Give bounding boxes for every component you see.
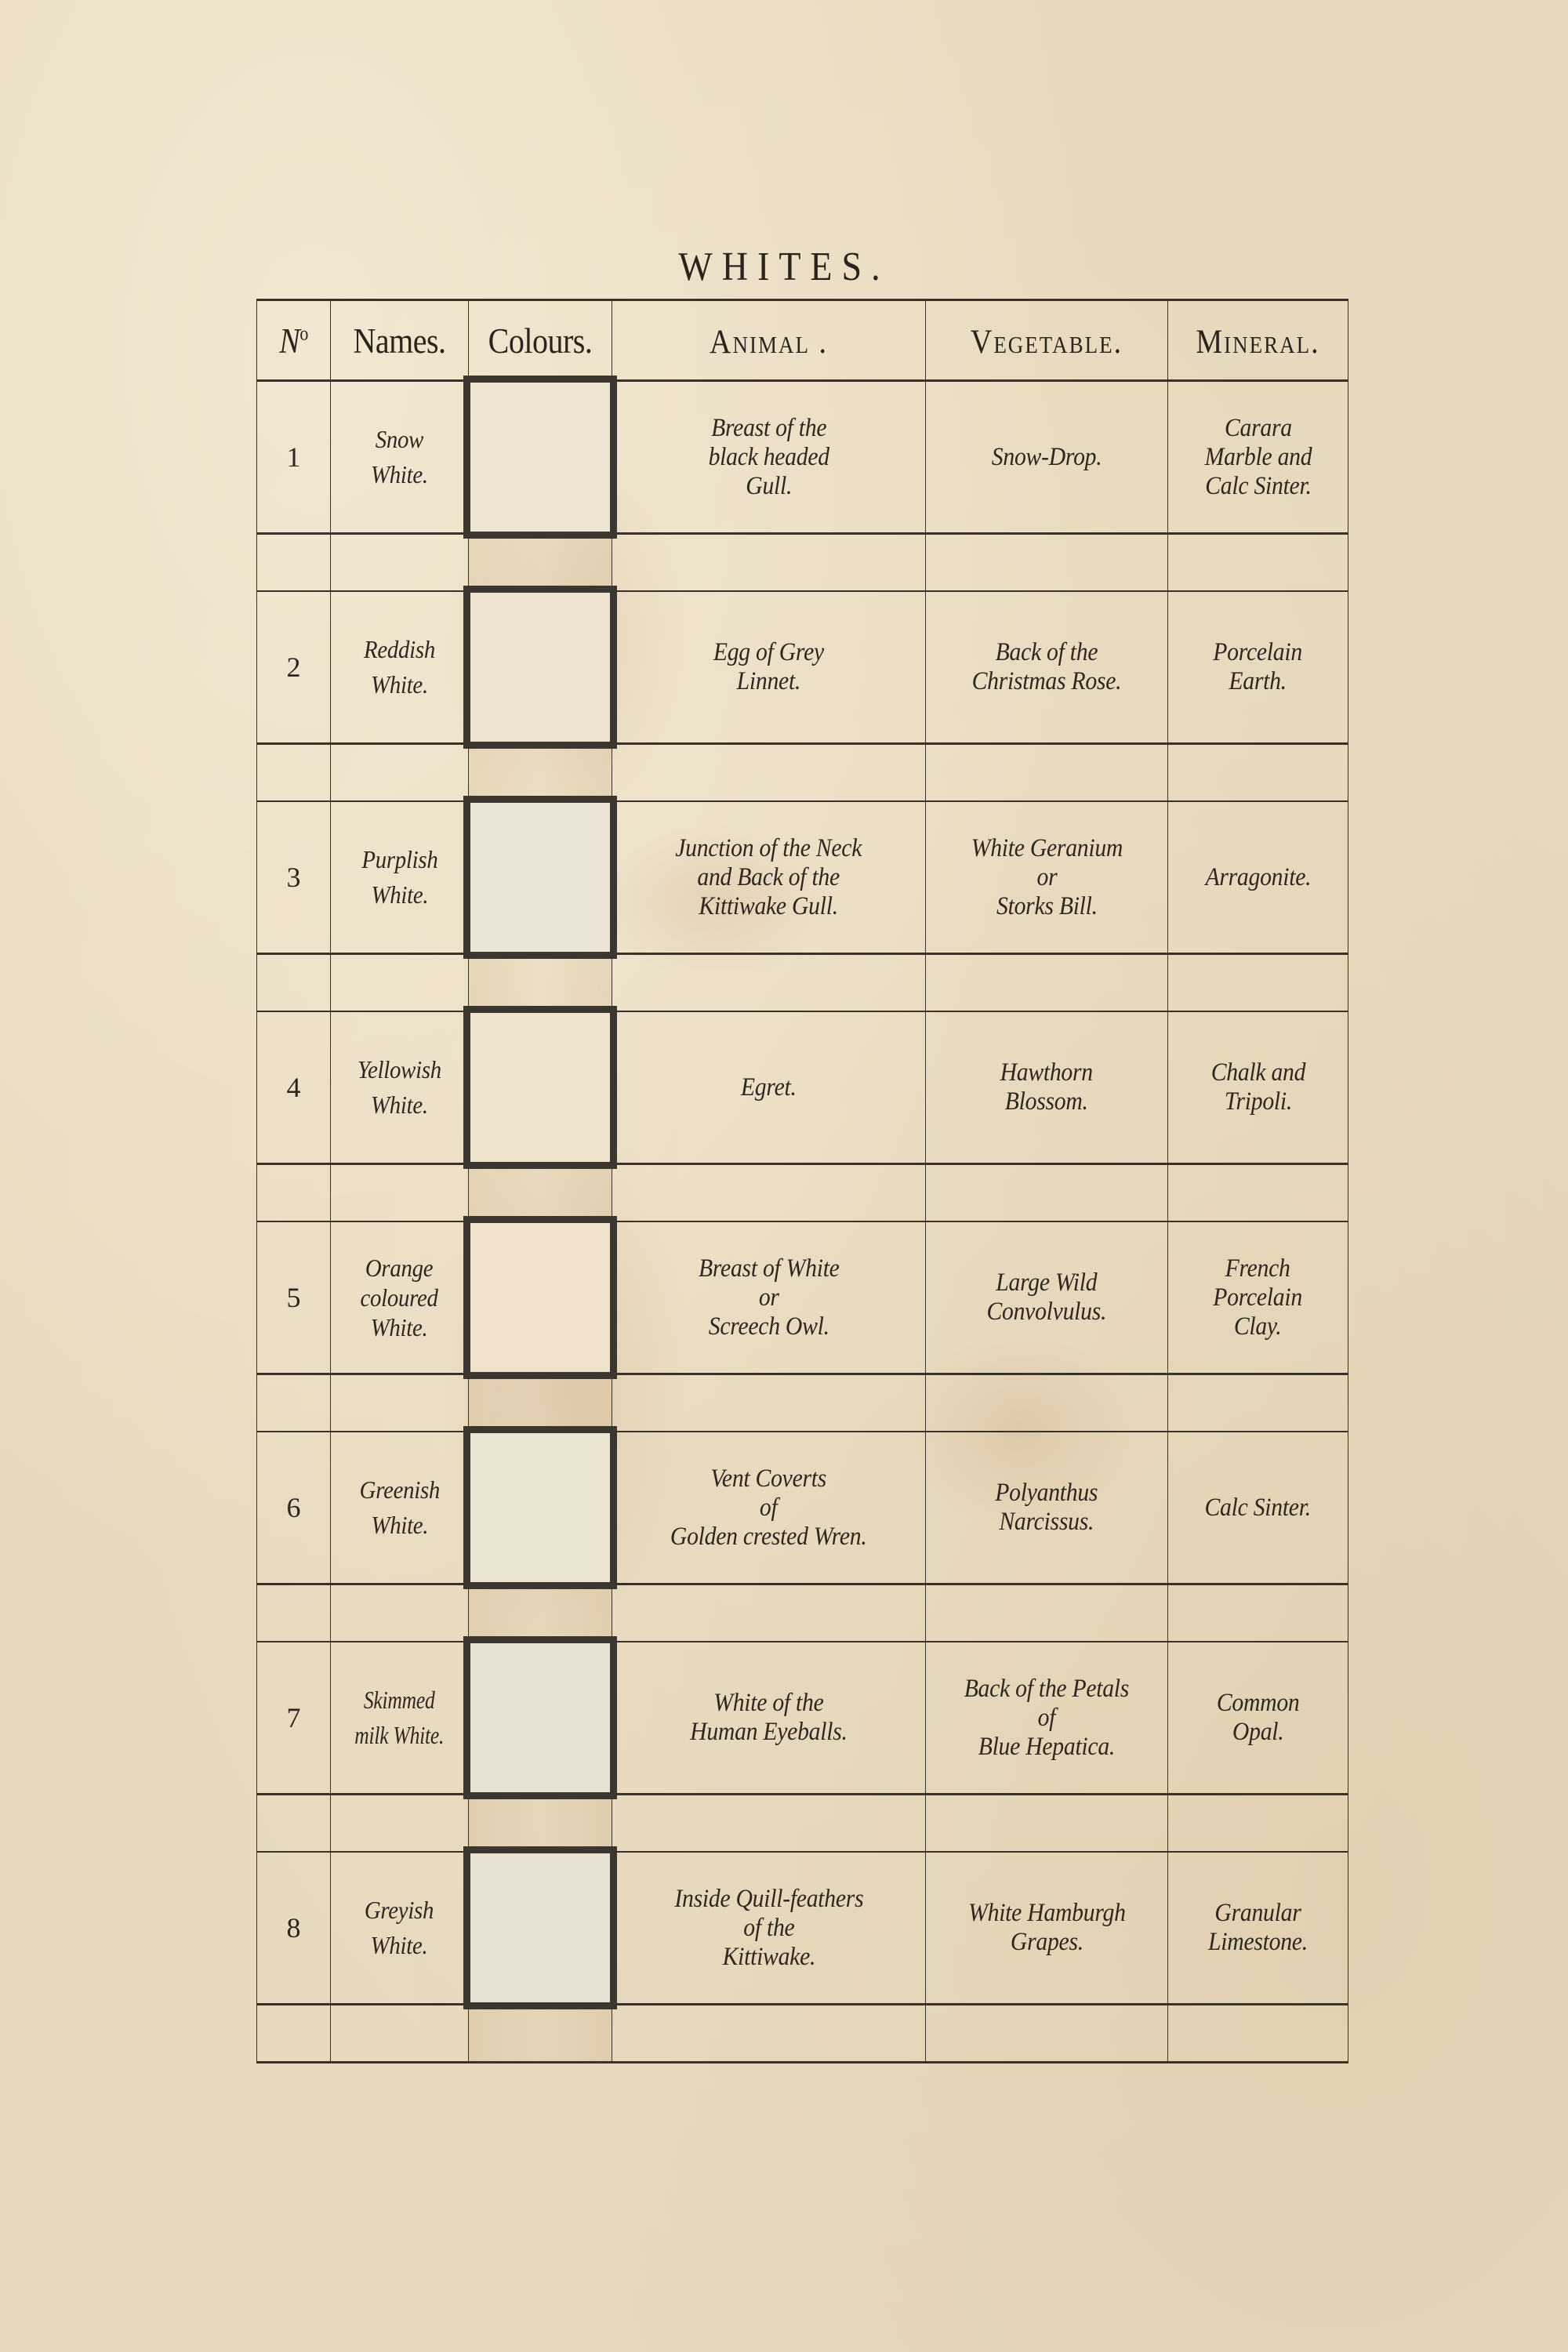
animal-cell: Breast of the black headed Gull. (612, 381, 926, 534)
colour-swatch (463, 1216, 617, 1379)
colour-name: Reddish White. (364, 632, 435, 702)
name-cell: Purplish White. (331, 801, 469, 954)
name-cell: Reddish White. (331, 591, 469, 744)
vegetable-example: Polyanthus Narcissus. (996, 1479, 1098, 1537)
vegetable-example: Hawthorn Blossom. (1000, 1058, 1093, 1116)
name-cell: Skimmed milk White. (331, 1642, 469, 1795)
row-number: 4 (287, 1072, 301, 1103)
table-row: 7 Skimmed milk White. White of the Human… (257, 1642, 1348, 1795)
mineral-cell: Chalk and Tripoli. (1168, 1011, 1348, 1164)
header-colours-label: Colours. (488, 319, 593, 361)
mineral-cell: Calc Sinter. (1168, 1432, 1348, 1584)
header-animal-label: Animal . (710, 321, 828, 361)
row-number: 3 (287, 862, 301, 893)
vegetable-cell: White Geranium or Storks Bill. (926, 801, 1168, 954)
vegetable-example: White Geranium or Storks Bill. (971, 834, 1122, 921)
spacer-row (257, 954, 1348, 1012)
table-row: 5 Orange coloured White. Breast of White… (257, 1221, 1348, 1374)
animal-example: Inside Quill-feathers of the Kittiwake. (674, 1885, 863, 1972)
vegetable-cell: Hawthorn Blossom. (926, 1011, 1168, 1164)
mineral-cell: Granular Limestone. (1168, 1852, 1348, 2005)
animal-cell: Egg of Grey Linnet. (612, 591, 926, 744)
swatch-cell (469, 1221, 612, 1374)
row-number-cell: 5 (257, 1221, 331, 1374)
mineral-example: Porcelain Earth. (1214, 638, 1303, 696)
swatch-cell (469, 801, 612, 954)
plate-title: WHITES. (0, 243, 1568, 289)
colour-swatch (463, 1426, 617, 1589)
vegetable-example: Back of the Christmas Rose. (972, 638, 1122, 696)
swatch-cell (469, 1011, 612, 1164)
header-mineral: Mineral. (1168, 300, 1348, 381)
row-number-cell: 1 (257, 381, 331, 534)
colour-name: Snow White. (371, 422, 428, 492)
header-number-sup: o (299, 321, 308, 344)
table-row: 6 Greenish White. Vent Coverts of Golden… (257, 1432, 1348, 1584)
colour-swatch (463, 586, 617, 749)
row-number-cell: 3 (257, 801, 331, 954)
spacer-row (257, 1374, 1348, 1432)
row-number: 8 (287, 1912, 301, 1944)
header-animal: Animal . (612, 300, 926, 381)
colour-name: Skimmed milk White. (355, 1682, 445, 1753)
vegetable-example: Back of the Petals of Blue Hepatica. (964, 1675, 1129, 1762)
header-row: No Names. Colours. Animal . Vegetable. M… (257, 300, 1348, 381)
mineral-cell: Common Opal. (1168, 1642, 1348, 1795)
animal-example: Breast of White or Screech Owl. (699, 1254, 840, 1341)
row-number: 5 (287, 1282, 301, 1313)
colour-swatch (463, 1846, 617, 2009)
header-number: No (257, 300, 331, 381)
swatch-cell (469, 1642, 612, 1795)
row-number-cell: 2 (257, 591, 331, 744)
mineral-example: Arragonite. (1205, 863, 1311, 892)
animal-example: Breast of the black headed Gull. (708, 414, 829, 501)
animal-cell: Inside Quill-feathers of the Kittiwake. (612, 1852, 926, 2005)
header-colours: Colours. (469, 300, 612, 381)
swatch-cell (469, 591, 612, 744)
colour-name: Yellowish White. (358, 1052, 441, 1123)
table-row: 1 Snow White. Breast of the black headed… (257, 381, 1348, 534)
name-cell: Orange coloured White. (331, 1221, 469, 1374)
animal-example: White of the Human Eyeballs. (690, 1689, 848, 1747)
header-number-label: N (279, 320, 299, 361)
spacer-row (257, 1164, 1348, 1222)
spacer-row (257, 534, 1348, 592)
vegetable-example: White Hamburgh Grapes. (968, 1899, 1126, 1957)
spacer-row (257, 2005, 1348, 2063)
mineral-example: Common Opal. (1217, 1689, 1300, 1747)
header-vegetable-label: Vegetable. (971, 321, 1123, 361)
mineral-cell: French Porcelain Clay. (1168, 1221, 1348, 1374)
name-cell: Greyish White. (331, 1852, 469, 2005)
animal-cell: Egret. (612, 1011, 926, 1164)
swatch-cell (469, 381, 612, 534)
animal-example: Vent Coverts of Golden crested Wren. (670, 1465, 867, 1552)
colour-swatch (463, 796, 617, 959)
mineral-example: French Porcelain Clay. (1214, 1254, 1303, 1341)
table-row: 2 Reddish White. Egg of Grey Linnet. Bac… (257, 591, 1348, 744)
table-row: 3 Purplish White. Junction of the Neck a… (257, 801, 1348, 954)
row-number: 1 (287, 441, 301, 473)
animal-cell: Vent Coverts of Golden crested Wren. (612, 1432, 926, 1584)
colour-name: Purplish White. (361, 842, 437, 913)
colour-swatch (463, 1006, 617, 1169)
vegetable-cell: Polyanthus Narcissus. (926, 1432, 1168, 1584)
colour-nomenclature-table: No Names. Colours. Animal . Vegetable. M… (256, 299, 1348, 2063)
colour-name: Greenish White. (359, 1472, 439, 1543)
vegetable-example: Snow-Drop. (992, 443, 1102, 472)
mineral-cell: Carara Marble and Calc Sinter. (1168, 381, 1348, 534)
animal-cell: Junction of the Neck and Back of the Kit… (612, 801, 926, 954)
vegetable-example: Large Wild Convolvulus. (987, 1269, 1107, 1327)
colour-name: Greyish White. (365, 1893, 434, 1963)
table-body: 1 Snow White. Breast of the black headed… (257, 381, 1348, 2063)
header-vegetable: Vegetable. (926, 300, 1168, 381)
animal-example: Junction of the Neck and Back of the Kit… (676, 834, 862, 921)
row-number: 6 (287, 1492, 301, 1523)
animal-example: Egg of Grey Linnet. (713, 638, 824, 696)
animal-cell: Breast of White or Screech Owl. (612, 1221, 926, 1374)
colour-name: Orange coloured White. (361, 1253, 438, 1342)
spacer-row (257, 744, 1348, 802)
row-number-cell: 6 (257, 1432, 331, 1584)
animal-example: Egret. (741, 1073, 797, 1102)
header-names-label: Names. (353, 319, 445, 361)
swatch-cell (469, 1852, 612, 2005)
vegetable-cell: Back of the Petals of Blue Hepatica. (926, 1642, 1168, 1795)
mineral-example: Chalk and Tripoli. (1210, 1058, 1305, 1116)
animal-cell: White of the Human Eyeballs. (612, 1642, 926, 1795)
vegetable-cell: Snow-Drop. (926, 381, 1168, 534)
mineral-example: Granular Limestone. (1208, 1899, 1308, 1957)
vegetable-cell: White Hamburgh Grapes. (926, 1852, 1168, 2005)
row-number-cell: 4 (257, 1011, 331, 1164)
mineral-example: Calc Sinter. (1205, 1494, 1311, 1523)
row-number-cell: 8 (257, 1852, 331, 2005)
row-number-cell: 7 (257, 1642, 331, 1795)
name-cell: Greenish White. (331, 1432, 469, 1584)
name-cell: Yellowish White. (331, 1011, 469, 1164)
colour-swatch (463, 1636, 617, 1799)
table-row: 8 Greyish White. Inside Quill-feathers o… (257, 1852, 1348, 2005)
vegetable-cell: Large Wild Convolvulus. (926, 1221, 1168, 1374)
colour-table: No Names. Colours. Animal . Vegetable. M… (256, 299, 1348, 2063)
spacer-row (257, 1584, 1348, 1642)
row-number: 2 (287, 652, 301, 683)
vegetable-cell: Back of the Christmas Rose. (926, 591, 1168, 744)
mineral-cell: Arragonite. (1168, 801, 1348, 954)
header-names: Names. (331, 300, 469, 381)
colour-swatch (463, 376, 617, 539)
row-number: 7 (287, 1702, 301, 1733)
mineral-cell: Porcelain Earth. (1168, 591, 1348, 744)
spacer-row (257, 1795, 1348, 1853)
mineral-example: Carara Marble and Calc Sinter. (1204, 414, 1312, 501)
header-mineral-label: Mineral. (1196, 321, 1319, 361)
name-cell: Snow White. (331, 381, 469, 534)
swatch-cell (469, 1432, 612, 1584)
table-row: 4 Yellowish White. Egret. Hawthorn Bloss… (257, 1011, 1348, 1164)
